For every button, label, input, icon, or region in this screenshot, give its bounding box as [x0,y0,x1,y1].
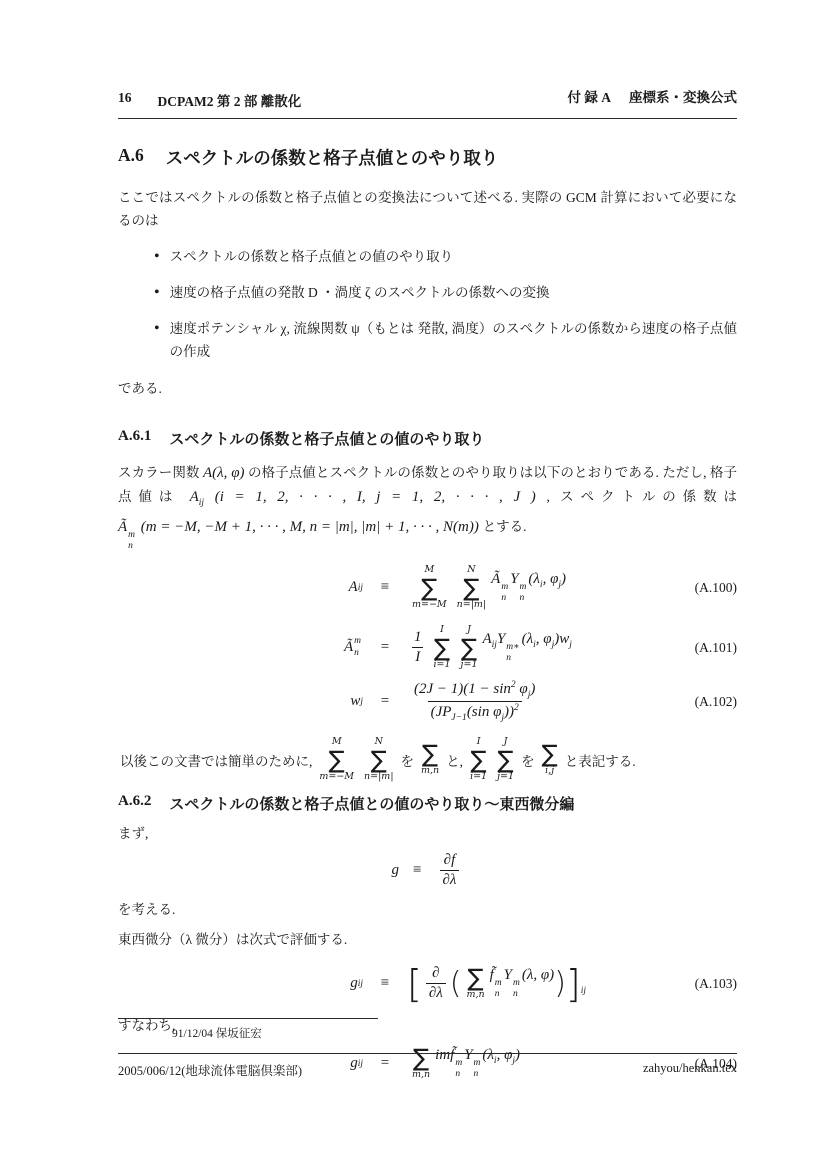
bullet-icon: • [154,281,160,304]
sigma-icon: ∑ [421,576,437,600]
eq-relation: ≡ [363,975,407,992]
math-sup: m [513,978,520,989]
eq-rhs: (2J − 1)(1 − sin2 φj) (JPJ−1(sin φj))2 [407,680,737,723]
footer-right: zahyou/henkan.tex [643,1061,737,1079]
math-sub: n [128,541,133,552]
body-text: と, [446,750,463,770]
math-text: , φ [536,631,552,647]
subsection-heading-a62: A.6.2 スペクトルの係数と格子点値との値のやり取り～東西微分編 [118,793,737,814]
bracket-close: ] [566,966,581,1002]
math-sub: J−1 [451,713,466,723]
bracket-subscript: ij [581,986,586,996]
eq-relation: = [363,693,407,710]
fraction-denominator: I [412,647,423,666]
fraction-denominator: (JPJ−1(sin φj))2 [428,701,522,723]
sum-operator: N∑n=|m| [364,737,394,783]
body-text: まず, [118,824,737,844]
sum-operator: M∑m=−M [319,737,354,783]
header-right-title: 座標系・変換公式 [629,86,737,106]
subsection-number: A.6.2 [118,793,151,814]
sum-operator: I∑i=1 [470,737,487,783]
sum-operator: ∑m,n [466,966,484,1001]
equation-a102: wj = (2J − 1)(1 − sin2 φj) (JPJ−1(sin φj… [118,679,737,725]
sigma-icon: ∑ [329,748,345,772]
sum-operator: M∑m=−M [412,565,447,611]
math-supsub: mn [354,636,361,659]
footnote-rule [118,1018,378,1019]
subsection-body: スカラー関数 A(λ, φ) の格子点値とスペクトルの係数とのやり取りは以下のと… [118,461,737,553]
eq-rhs: 1I I∑i=1 J∑j=1 AijYm∗n(λi, φj)wj [407,625,737,671]
section-heading: A.6 スペクトルの係数と格子点値とのやり取り [118,145,737,170]
inline-math: (i = 1, 2, · · · , I, j = 1, 2, · · · , … [204,489,546,505]
sigma-icon: ∑ [467,966,483,990]
eq-rhs: M∑m=−M N∑n=|m| ÃmnYmn(λi, φj) [407,565,737,611]
math-base: A [349,579,358,596]
math-text: )) [504,704,514,720]
math-base: w [350,693,360,710]
math-base: f̃ [490,967,494,983]
body-text: , スペクトルの係数は [546,489,737,504]
sum-operator: I∑i=1 [434,625,451,671]
paren-open: ( [450,970,462,999]
subsection-title: スペクトルの係数と格子点値との値のやり取り [169,428,484,449]
math-term: ÃmnYmn(λi, φj) [491,571,566,605]
sum-lower: n=|m| [457,600,487,611]
fraction-denominator: ∂λ [426,983,446,1002]
inline-math: (m = −M, −M + 1, · · · , M, n = |m|, |m|… [137,519,483,535]
sigma-icon: ∑ [542,742,558,766]
eq-lhs: Aij [118,579,363,596]
notation-remark: 以後この文書では簡単のために, M∑m=−M N∑n=|m| を ∑m,n と,… [118,735,737,785]
math-base: Ã [491,571,500,587]
body-text: を考える. [118,900,737,920]
math-text: ) [530,681,535,697]
equation-number: (A.103) [695,976,737,992]
math-text: (λ [522,631,534,647]
math-term: AijYm∗n(λi, φj)wj [483,631,572,665]
header-left-title: DCPAM2 第 2 部 離散化 [158,90,302,110]
math-text: φ [516,681,528,697]
inline-math: A(λ, φ) [203,465,245,481]
fraction-denominator: ∂λ [440,870,460,889]
fraction: ∂∂λ [426,965,446,1002]
math-sup: m [501,582,508,593]
equation-number: (A.100) [695,580,737,596]
body-text: 以後この文書では簡単のために, [120,750,312,770]
equation-g: g ≡ ∂f∂λ [118,850,737,892]
sum-lower: i=1 [434,660,451,671]
sum-lower: m,n [421,766,439,777]
subsection-heading-a61: A.6.1 スペクトルの係数と格子点値との値のやり取り [118,428,737,449]
list-item: • 速度の格子点値の発散 D ・渦度 ζ のスペクトルの係数への変換 [118,281,737,304]
outro-text: である. [118,377,737,400]
math-sub: n [354,648,359,659]
bullet-icon: • [154,317,160,363]
body-text: スカラー関数 [118,465,203,480]
footnote-text: 91/12/04 保坂征宏 [118,1025,737,1041]
math-base: A [190,489,199,505]
eq-rhs: [ ∂∂λ ( ∑m,n f̃mnYmn(λ, φ) ) ] ij [407,965,737,1002]
math-supsub: mn [501,582,508,605]
math-text: ) [561,571,566,587]
fraction: (2J − 1)(1 − sin2 φj) (JPJ−1(sin φj))2 [411,680,538,723]
list-item: • スペクトルの係数と格子点値との値のやり取り [118,245,737,268]
math-supsub: mn [520,582,527,605]
footer-left: 2005/006/12(地球流体電脳倶楽部) [118,1061,302,1079]
equation-a101: Ãmn = 1I I∑i=1 J∑j=1 AijYm∗n(λi, φj)wj (… [118,619,737,677]
sum-operator: J∑j=1 [461,625,478,671]
math-base: Ã [118,519,127,535]
sum-operator: J∑j=1 [497,737,514,783]
sum-lower: j=1 [461,660,478,671]
sum-lower: i=1 [470,772,487,783]
sum-operator: ∑i,j [542,742,558,777]
math-sup: 2 [514,703,519,713]
math-sup: m [128,530,135,541]
eq-lhs: wj [118,693,363,710]
header-right: 付 録 A 座標系・変換公式 [568,86,738,106]
fraction-numerator: (2J − 1)(1 − sin2 φj) [411,680,538,701]
section-title: スペクトルの係数と格子点値とのやり取り [166,145,499,170]
math-sub: n [520,593,525,604]
math-text: (λ [528,571,540,587]
math-text: , φ [543,571,559,587]
eq-lhs: gij [118,975,363,992]
bullet-list: • スペクトルの係数と格子点値との値のやり取り • 速度の格子点値の発散 D ・… [118,245,737,363]
sigma-icon: ∑ [463,576,479,600]
eq-lhs: Ãmn [118,636,363,659]
body-text: を [401,750,415,770]
inline-math: Ãmn [118,519,137,535]
sigma-icon: ∑ [498,748,514,772]
math-base: Y [504,967,512,983]
body-text: と表記する. [565,750,636,770]
document-page: 16 DCPAM2 第 2 部 離散化 付 録 A 座標系・変換公式 A.6 ス… [0,0,826,1169]
eq-relation: ≡ [363,579,407,596]
sum-operator: N∑n=|m| [457,565,487,611]
equation-number: (A.101) [695,640,737,656]
list-item-text: 速度の格子点値の発散 D ・渦度 ζ のスペクトルの係数への変換 [170,281,737,304]
sigma-icon: ∑ [422,742,438,766]
math-text: (sin φ [467,704,502,720]
sum-operator: ∑m,n [421,742,439,777]
body-text: とする. [483,519,527,534]
intro-paragraph: ここではスペクトルの係数と格子点値との変換法について述べる. 実際の GCM 計… [118,186,737,232]
sum-lower: j=1 [497,772,514,783]
math-supsub: mn [128,530,135,553]
math-base: w [559,631,569,647]
math-supsub: mn [495,978,502,1001]
math-base: g [350,975,358,992]
sum-lower: m,n [466,990,484,1001]
math-sub: n [495,989,500,1000]
body-text: を [521,750,535,770]
eq-relation: ≡ [413,862,421,879]
math-sup: m [354,636,361,647]
math-base: Y [497,631,505,647]
running-header: 16 DCPAM2 第 2 部 離散化 付 録 A 座標系・変換公式 [118,86,737,119]
sigma-icon: ∑ [461,636,477,660]
math-sup: m [520,582,527,593]
eq-relation: = [363,639,407,656]
fraction-numerator: ∂f [441,852,459,870]
equation-a100: Aij ≡ M∑m=−M N∑n=|m| ÃmnYmn(λi, φj) (A.1… [118,559,737,617]
list-item: • 速度ポテンシャル χ, 流線関数 ψ（もとは 発散, 渦度）のスペクトルの係… [118,317,737,363]
bracket-open: [ [407,966,422,1002]
body-text: 東西微分（λ 微分）は次式で評価する. [118,930,737,950]
math-base: Ã [344,639,353,656]
appendix-label: 付 録 A [568,86,612,106]
math-supsub: mn [513,978,520,1001]
math-sub: j [569,640,572,650]
eq-lhs: g [392,862,400,879]
math-supsub: m∗n [506,642,519,665]
fraction-numerator: ∂ [429,965,442,983]
math-text: (2J − 1)(1 − sin [414,681,511,697]
sum-lower: i,j [545,766,554,777]
math-sub: n [506,653,511,664]
list-item-text: 速度ポテンシャル χ, 流線関数 ψ（もとは 発散, 渦度）のスペクトルの係数か… [170,317,737,363]
fraction-numerator: 1 [411,629,425,647]
list-item-text: スペクトルの係数と格子点値との値のやり取り [170,245,737,268]
math-sup: m∗ [506,642,519,653]
subsection-title: スペクトルの係数と格子点値との値のやり取り～東西微分編 [169,793,574,814]
sigma-icon: ∑ [471,748,487,772]
header-left: 16 DCPAM2 第 2 部 離散化 [118,90,301,110]
bullet-icon: • [154,245,160,268]
page-footer: 2005/006/12(地球流体電脳倶楽部) zahyou/henkan.tex [118,1053,737,1079]
math-text: (JP [431,704,452,720]
math-sub: n [501,593,506,604]
math-base: Y [510,571,518,587]
equation-a103: gij ≡ [ ∂∂λ ( ∑m,n f̃mnYmn(λ, φ) ) ] ij … [118,956,737,1012]
section-number: A.6 [118,145,144,170]
page-number: 16 [118,90,132,110]
footnote: 91/12/04 保坂征宏 [118,1018,737,1041]
fraction: 1I [411,629,425,666]
math-term: f̃mnYmn(λ, φ) [490,967,555,1001]
sigma-icon: ∑ [434,636,450,660]
fraction: ∂f∂λ [440,852,460,889]
sum-lower: m=−M [319,772,354,783]
sum-lower: m=−M [412,600,447,611]
sigma-icon: ∑ [371,748,387,772]
paren-close: ) [554,970,566,999]
equation-number: (A.102) [695,694,737,710]
math-text: (λ, φ) [522,967,554,983]
math-sub: n [513,989,518,1000]
math-sup: m [495,978,502,989]
math-base: A [483,631,492,647]
sum-lower: n=|m| [364,772,394,783]
subsection-number: A.6.1 [118,428,151,449]
inline-math: Aij [190,489,204,505]
